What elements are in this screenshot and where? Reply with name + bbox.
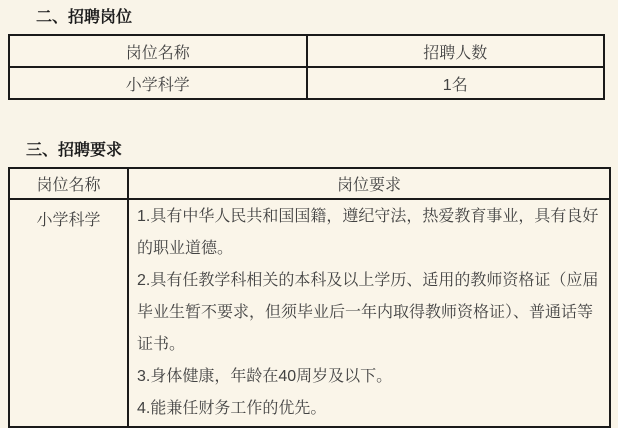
requirements-cell-list: 1.具有中华人民共和国国籍，遵纪守法，热爱教育事业，具有良好的职业道德。 2.具… <box>128 199 610 427</box>
positions-header-name: 岗位名称 <box>9 35 307 67</box>
requirements-header-req: 岗位要求 <box>128 168 610 199</box>
requirements-header-name: 岗位名称 <box>9 168 128 199</box>
requirements-table: 岗位名称 岗位要求 小学科学 1.具有中华人民共和国国籍，遵纪守法，热爱教育事业… <box>8 167 611 428</box>
positions-cell-count: 1名 <box>307 67 605 99</box>
section-heading-positions: 二、招聘岗位 <box>36 8 618 28</box>
positions-cell-name: 小学科学 <box>9 67 307 99</box>
positions-data-row: 小学科学 1名 <box>9 67 604 99</box>
requirement-item-3: 3.身体健康，年龄在40周岁及以下。 <box>137 361 603 393</box>
positions-table: 岗位名称 招聘人数 小学科学 1名 <box>8 34 605 100</box>
requirements-data-row: 小学科学 1.具有中华人民共和国国籍，遵纪守法，热爱教育事业，具有良好的职业道德… <box>9 199 610 427</box>
positions-header-count: 招聘人数 <box>307 35 605 67</box>
requirements-cell-position: 小学科学 <box>9 199 128 427</box>
positions-header-row: 岗位名称 招聘人数 <box>9 35 604 67</box>
requirements-header-row: 岗位名称 岗位要求 <box>9 168 610 199</box>
section-heading-requirements: 三、招聘要求 <box>26 141 618 161</box>
requirement-item-2: 2.具有任教学科相关的本科及以上学历、适用的教师资格证（应届毕业生暂不要求，但须… <box>137 265 603 361</box>
requirement-item-1: 1.具有中华人民共和国国籍，遵纪守法，热爱教育事业，具有良好的职业道德。 <box>137 201 603 265</box>
requirement-item-4: 4.能兼任财务工作的优先。 <box>137 393 603 425</box>
